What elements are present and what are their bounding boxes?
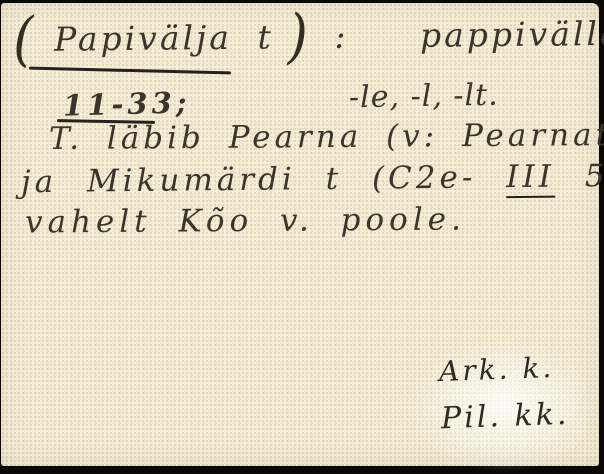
- description-line-2: ja Mikumärdi t (C2e- III 5f): [21, 158, 604, 200]
- collection-note: Ark. k.: [438, 351, 554, 388]
- description-line-2-suffix: 5f): [585, 158, 604, 195]
- close-paren: ): [287, 15, 311, 60]
- description-line-2-prefix: ja Mikumärdi t (C2e-: [21, 159, 477, 200]
- reference-number: 11-33;: [63, 85, 191, 122]
- headword-line: ( Papivälja t ) : pappivälla: [13, 14, 604, 60]
- open-paren: (: [13, 18, 37, 63]
- case-endings: -le, -l, -lt.: [349, 78, 499, 116]
- headword-underline-stroke: [29, 67, 231, 75]
- scan-background: ( Papivälja t ) : pappivälla 11-33; -le,…: [0, 0, 604, 474]
- parish-note: Pil. kk.: [440, 397, 569, 436]
- colon-separator: :: [334, 17, 349, 56]
- grammar-mark: t: [257, 17, 274, 56]
- description-line-3: vahelt Kõo v. poole.: [25, 201, 466, 240]
- pronunciation: pappivälla: [420, 14, 604, 55]
- index-card: ( Papivälja t ) : pappivälla 11-33; -le,…: [1, 3, 599, 466]
- headword: Papivälja: [54, 18, 232, 59]
- map-reference-roman-numeral: III: [506, 159, 555, 199]
- description-line-1: T. läbib Pearna (v: Pearnat): [49, 117, 604, 157]
